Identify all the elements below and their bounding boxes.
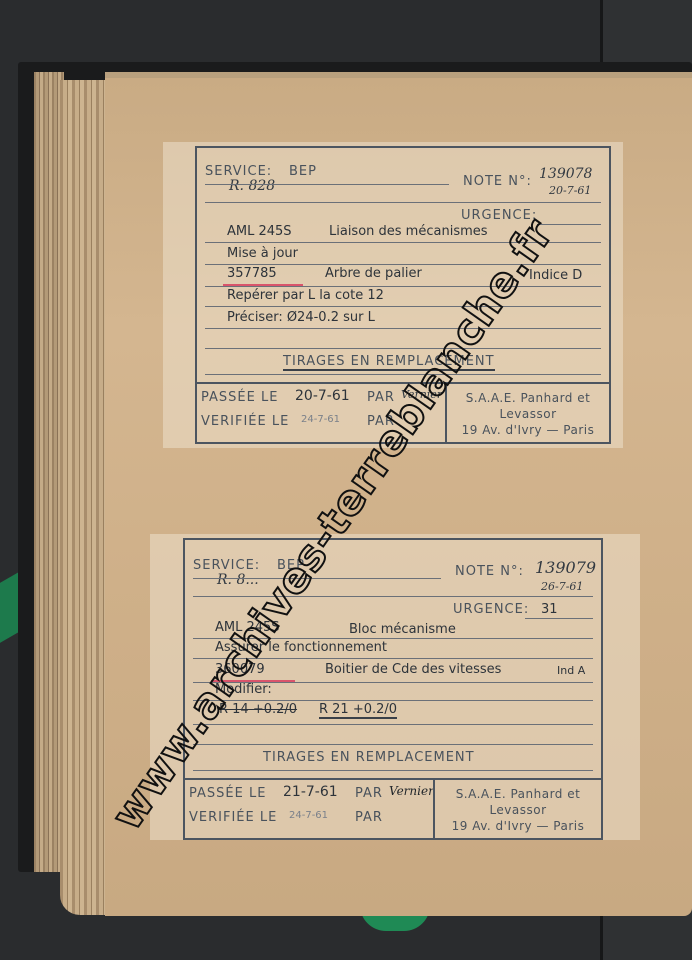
new-value: R 21 +0.2/0 bbox=[319, 702, 397, 719]
company-line: S.A.A.E. Panhard et bbox=[441, 786, 595, 802]
service-label: SERVICE: bbox=[205, 164, 272, 179]
indice: Ind A bbox=[557, 664, 585, 677]
urgence-value: 31 bbox=[541, 602, 558, 617]
background-green-accent bbox=[0, 571, 20, 648]
company-line: 19 Av. d'Ivry — Paris bbox=[441, 818, 595, 834]
company-line: 19 Av. d'Ivry — Paris bbox=[453, 422, 603, 438]
verifiee-date: 24-7-61 bbox=[289, 810, 328, 821]
urgence-label: URGENCE: bbox=[453, 602, 529, 617]
line-text: Repérer par L la cote 12 bbox=[227, 288, 384, 303]
service-label: SERVICE: bbox=[193, 558, 260, 573]
note-number: 139079 bbox=[535, 558, 596, 577]
company-block: S.A.A.E. Panhard et Levassor 19 Av. d'Iv… bbox=[453, 390, 603, 438]
note-date: 20-7-61 bbox=[549, 184, 591, 197]
verifiee-label: VERIFIÉE LE bbox=[189, 810, 277, 825]
line-text: Arbre de palier bbox=[325, 266, 422, 281]
service-ref: R. 8... bbox=[217, 572, 259, 588]
line-text: Bloc mécanisme bbox=[349, 622, 456, 637]
par-label: PAR bbox=[355, 810, 383, 825]
par-label: PAR bbox=[355, 786, 383, 801]
line-text: Mise à jour bbox=[227, 246, 298, 261]
service-value: BEP bbox=[289, 164, 317, 179]
company-line: S.A.A.E. Panhard et bbox=[453, 390, 603, 406]
company-block: S.A.A.E. Panhard et Levassor 19 Av. d'Iv… bbox=[441, 786, 595, 834]
service-ref: R. 828 bbox=[229, 178, 275, 194]
line-code: AML 245S bbox=[227, 224, 292, 239]
note-date: 26-7-61 bbox=[541, 580, 583, 593]
note-number: 139078 bbox=[539, 166, 592, 182]
passee-date: 21-7-61 bbox=[283, 784, 338, 800]
passee-par: Vernier bbox=[389, 784, 434, 798]
line-text: Boitier de Cde des vitesses bbox=[325, 662, 501, 677]
line-text: Liaison des mécanismes bbox=[329, 224, 488, 239]
passee-label: PASSÉE LE bbox=[201, 390, 278, 405]
verifiee-label: VERIFIÉE LE bbox=[201, 414, 289, 429]
company-line: Levassor bbox=[453, 406, 603, 422]
part-number: 357785 bbox=[227, 266, 277, 281]
note-number-label: NOTE N°: bbox=[455, 564, 524, 579]
company-line: Levassor bbox=[441, 802, 595, 818]
line-text: Préciser: Ø24-0.2 sur L bbox=[227, 310, 375, 325]
tirages-label: TIRAGES EN REMPLACEMENT bbox=[263, 750, 475, 765]
note-footer: PASSÉE LE 21-7-61 PAR Vernier VERIFIÉE L… bbox=[185, 778, 601, 838]
verifiee-date: 24-7-61 bbox=[301, 414, 340, 425]
passee-label: PASSÉE LE bbox=[189, 786, 266, 801]
passee-date: 20-7-61 bbox=[295, 388, 350, 404]
note-number-label: NOTE N°: bbox=[463, 174, 532, 189]
